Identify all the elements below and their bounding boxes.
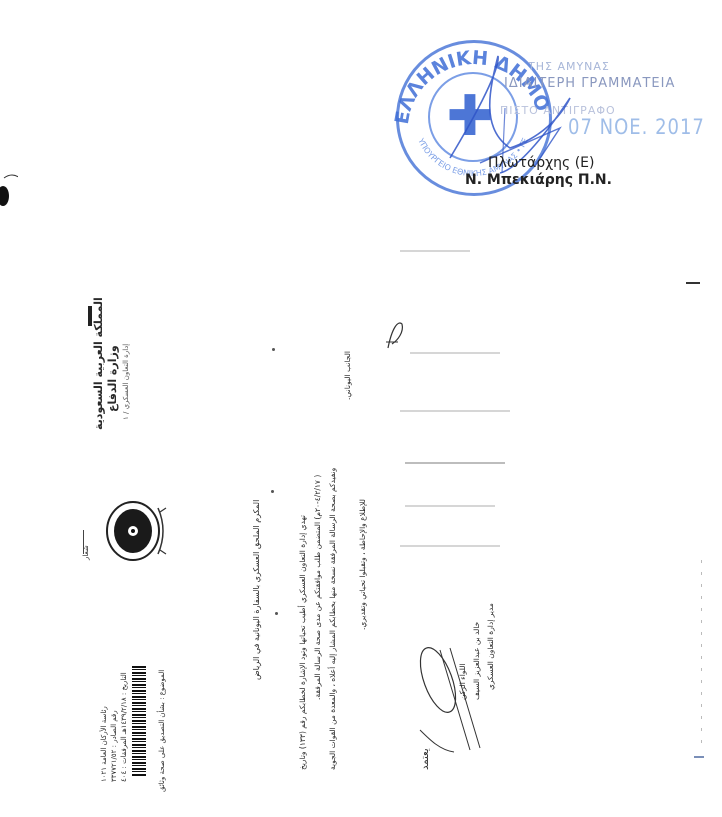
signatory-rank: اللواء الركن bbox=[458, 663, 467, 700]
scan-speck bbox=[272, 348, 275, 351]
stamp-signer-name: Ν. Μπεκιάρης Π.Ν. bbox=[465, 172, 612, 188]
body-line-2: ( ٤/٢/١٧-٢٠م) المتضمن طلب موافقتكم عن مد… bbox=[313, 475, 322, 700]
letterhead-ministry: وزارة الدفاع bbox=[106, 345, 119, 412]
scan-artifact bbox=[400, 250, 470, 252]
scan-artifact bbox=[410, 352, 500, 354]
scan-artifact bbox=[405, 505, 495, 507]
body-line-1: تهدي إدارة التعاون العسكري أطيب تحياتها … bbox=[298, 515, 307, 770]
signature-scribble bbox=[410, 640, 520, 760]
stamp-signer-title: Πλωτάρχης (Ε) bbox=[488, 155, 594, 171]
scan-tick-mark bbox=[686, 282, 700, 284]
scan-edge-mark bbox=[0, 170, 18, 214]
scan-dotted-edge bbox=[701, 560, 702, 750]
letter-recipient: المكرم الملحق العسكري بالسفارة اليونانية… bbox=[252, 500, 261, 680]
body-line-4: الجانب اليوناني. bbox=[343, 351, 352, 400]
letterhead-department: إدارة التعاون العسكري / ١ bbox=[122, 344, 130, 420]
signatory-role: مدير إدارة التعاون العسكري bbox=[486, 603, 495, 690]
reference-subject-note: الموضوع : بشأن التصديق على صحة وثائق bbox=[158, 670, 166, 792]
scan-speck bbox=[271, 490, 274, 493]
letterhead-kingdom: المملكة العربية السعودية bbox=[92, 297, 105, 430]
scan-artifact bbox=[405, 462, 505, 464]
scan-artifact bbox=[400, 545, 500, 547]
scan-artifact bbox=[400, 410, 510, 412]
body-closing: للإطلاع والإحاطة ، وتقبلوا تحياتي وتقدير… bbox=[358, 499, 367, 630]
reference-number: رقم الصادر : ٣٣٧٧٢١/٥٢ bbox=[110, 710, 118, 782]
scan-tick-mark bbox=[694, 756, 704, 758]
reference-line-1: رئاسة الأركان العامة ١٠٢١ bbox=[100, 706, 108, 782]
barcode bbox=[132, 666, 146, 776]
approval-initial: يعتمد bbox=[420, 748, 431, 770]
flourish-mark-icon bbox=[384, 318, 408, 352]
saudi-emblem-icon bbox=[100, 498, 170, 564]
body-line-3: ونفيدكم بصحة الرسالة المرفقة نسخة منها ب… bbox=[328, 468, 337, 770]
emblem-caption: شعار bbox=[82, 545, 90, 560]
reference-date: التاريخ : ١٤٣٩/٢/١٨هـ المرفقات : ٤٠٤ bbox=[120, 672, 128, 782]
scan-speck bbox=[275, 612, 278, 615]
signatory-name: خالد بن عبدالعزيز السيف bbox=[472, 622, 481, 700]
